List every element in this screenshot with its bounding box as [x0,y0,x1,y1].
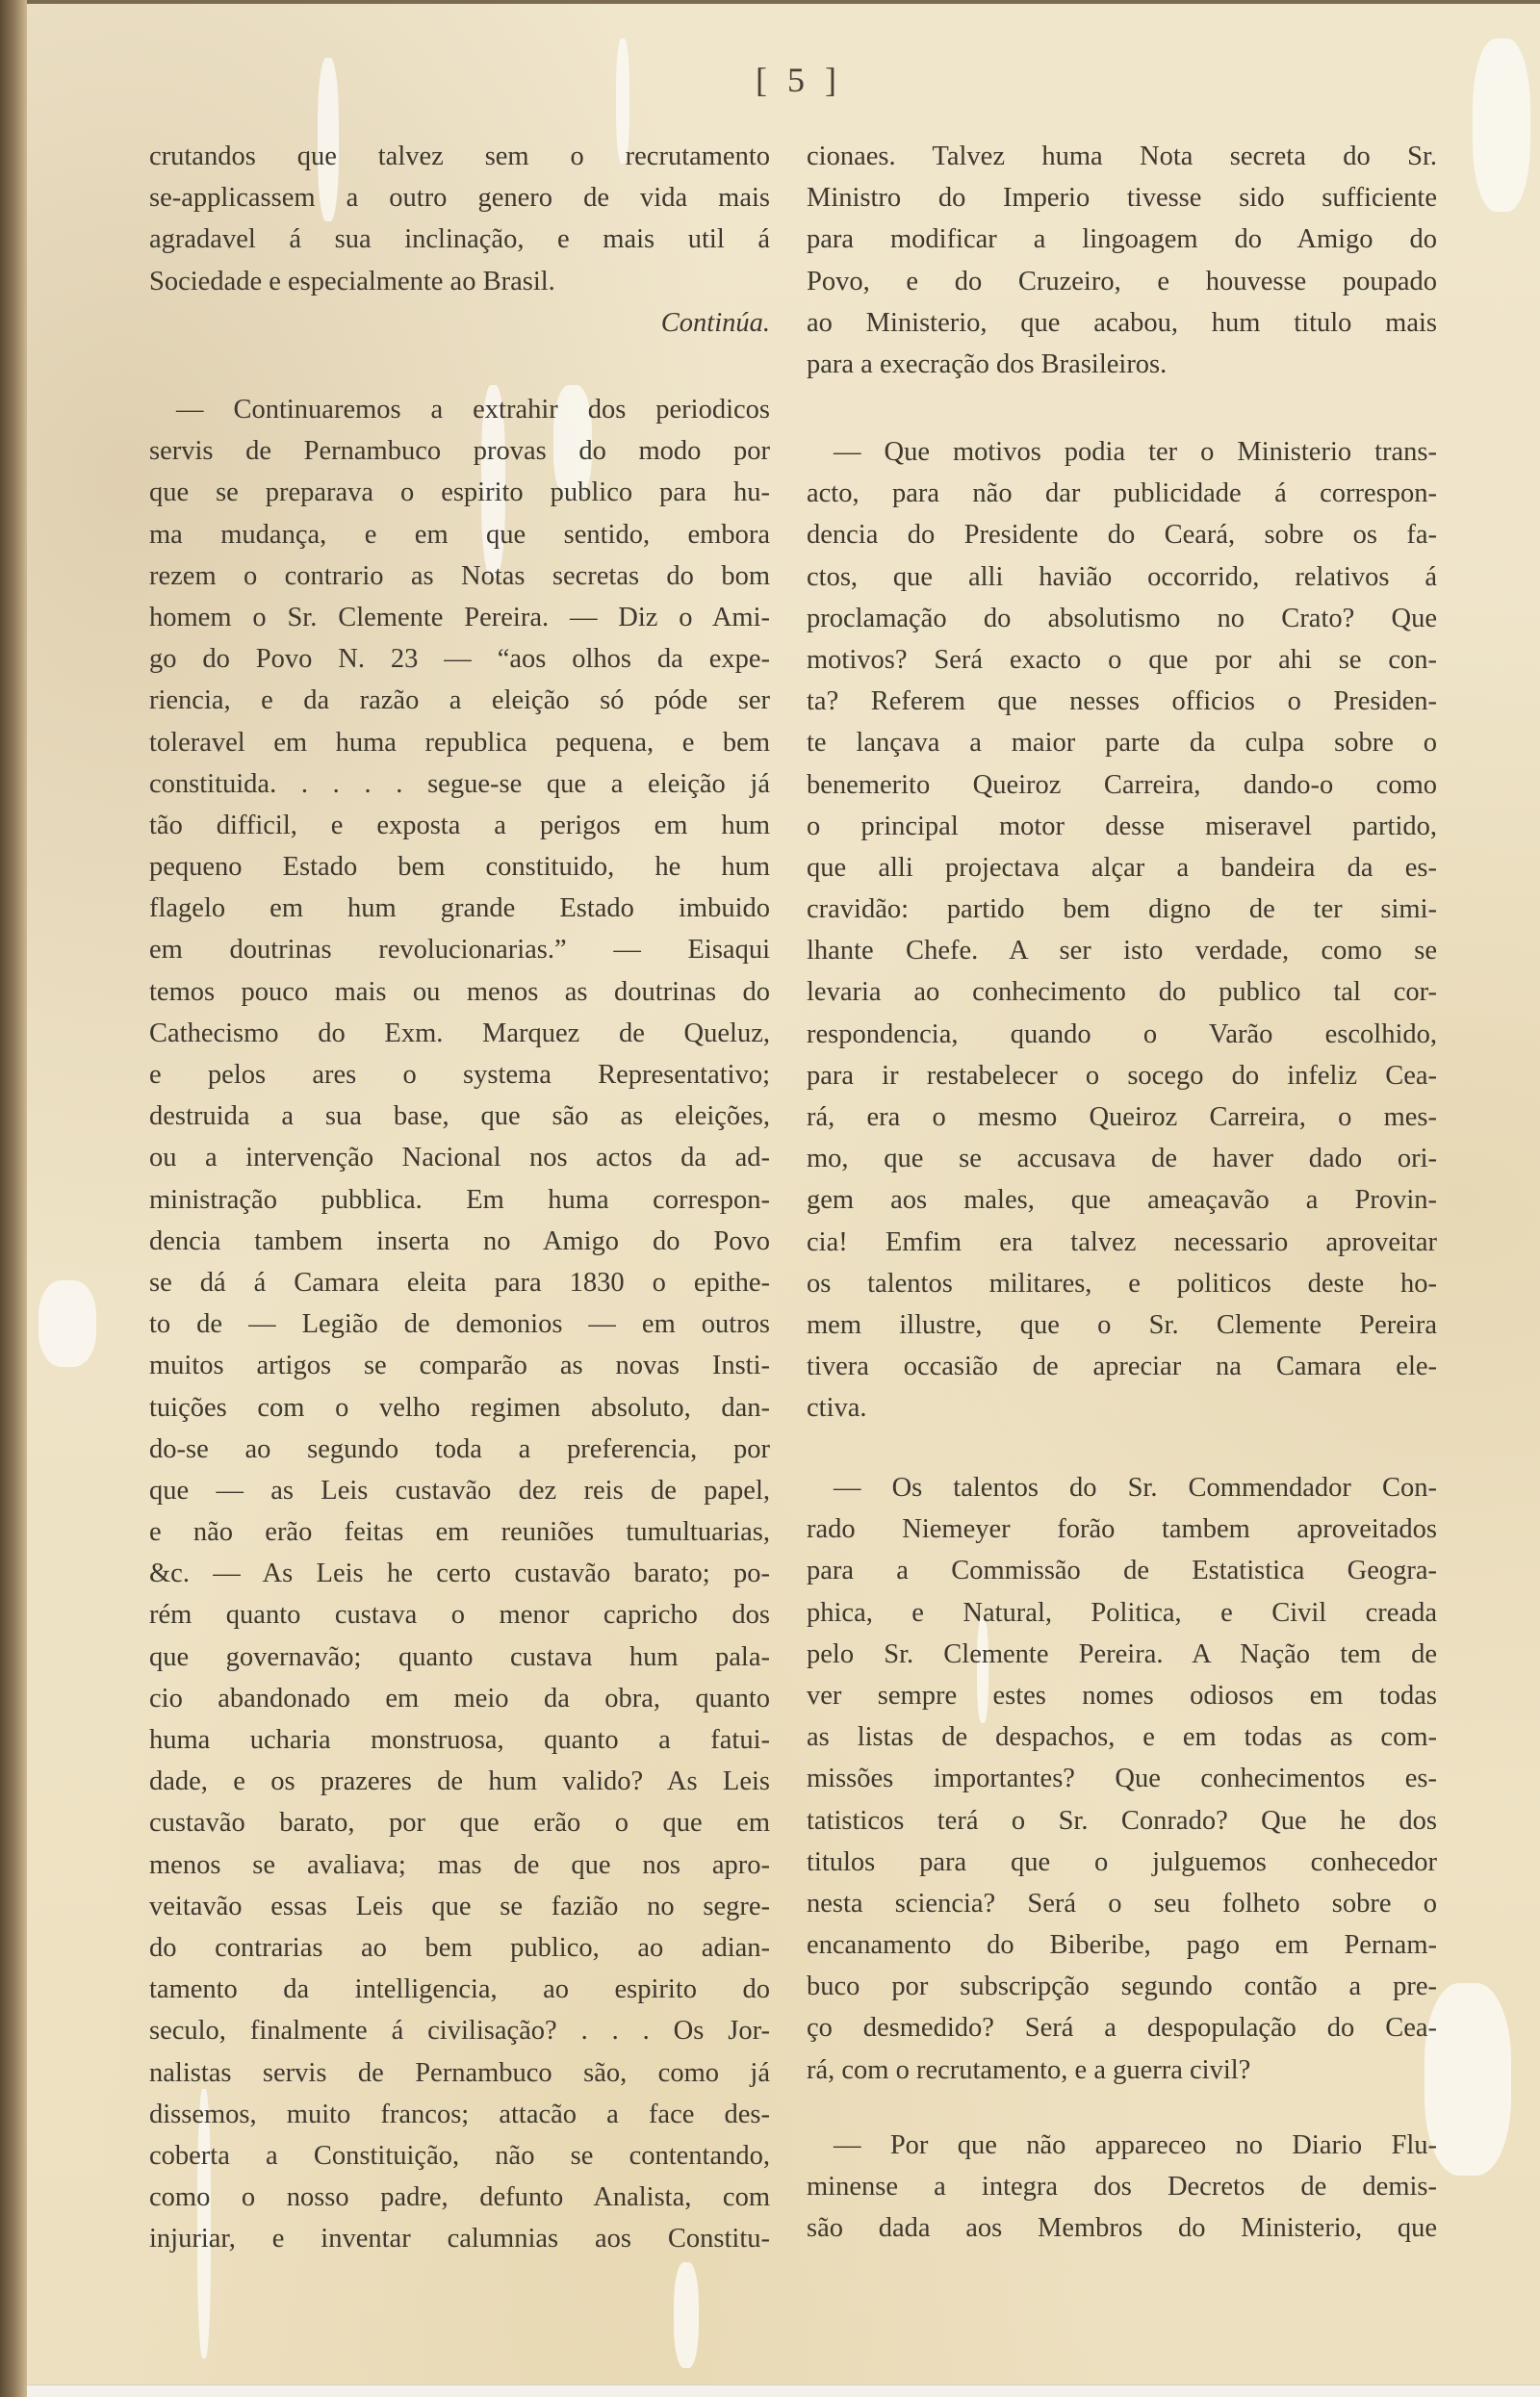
text-line: rá, era o mesmo Queiroz Carreira, o mes- [807,1096,1437,1138]
text-line: te lançava a maior parte da culpa sobre … [807,722,1437,763]
scan-bottom-edge [27,2384,1540,2397]
text-line: missões importantes? Que conhecimentos e… [807,1758,1437,1799]
text-line: acto, para não dar publicidade á corresp… [807,473,1437,514]
text-line: que — as Leis custavão dez reis de papel… [149,1470,770,1511]
text-line: — Que motivos podia ter o Ministerio tra… [807,431,1437,473]
text-line: ctiva. [807,1387,1437,1429]
paragraph-nota-secreta: cionaes. Talvez huma Nota secreta do Sr.… [807,136,1437,385]
text-line: são dada aos Membros do Ministerio, que [807,2207,1437,2249]
paper-damage [1473,39,1530,212]
page-number: [ 5 ] [751,60,847,100]
text-line: ço desmedido? Será a despopulação do Cea… [807,2007,1437,2049]
text-line: riencia, e da razão a eleição só póde se… [149,680,770,721]
text-line: lhante Chefe. A ser isto verdade, como s… [807,930,1437,971]
text-line: destruida a sua base, que são as eleiçõe… [149,1095,770,1137]
text-line: tuições com o velho regimen absoluto, da… [149,1387,770,1429]
text-line: mo, que se accusava de haver dado ori- [807,1138,1437,1179]
text-line: go do Povo N. 23 — “aos olhos da expe- [149,638,770,680]
paragraph-commendador: — Os talentos do Sr. Commendador Con- ra… [807,1467,1437,2091]
text-line: coberta a Constituição, não se contentan… [149,2135,770,2177]
text-line: os talentos militares, e politicos deste… [807,1263,1437,1304]
text-line: cia! Emfim era talvez necessario aprovei… [807,1222,1437,1263]
text-line: tatisticos terá o Sr. Conrado? Que he do… [807,1800,1437,1842]
text-line: para modificar a lingoagem do Amigo do [807,219,1437,260]
document-page: [ 5 ] crutandos que talvez sem o recruta… [0,0,1540,2397]
text-line: rado Niemeyer forão tambem aproveitados [807,1508,1437,1550]
text-line: nalistas servis de Pernambuco são, como … [149,2052,770,2094]
text-line: to de — Legião de demonios — em outros [149,1303,770,1345]
text-line: e pelos ares o systema Representativo; [149,1054,770,1095]
text-line: rezem o contrario as Notas secretas do b… [149,555,770,597]
text-line: cionaes. Talvez huma Nota secreta do Sr. [807,136,1437,177]
text-line: Ministro do Imperio tivesse sido suffici… [807,177,1437,219]
text-line: Sociedade e especialmente ao Brasil. [149,261,770,302]
paragraph-continuation: crutandos que talvez sem o recrutamento … [149,136,770,344]
text-line: que alli projectava alçar a bandeira da … [807,847,1437,889]
text-line: ou a intervenção Nacional nos actos da a… [149,1137,770,1178]
text-line: injuriar, e inventar calumnias aos Const… [149,2218,770,2259]
scan-top-edge [27,0,1540,4]
text-line: dencia do Presidente do Ceará, sobre os … [807,514,1437,555]
text-line: rém quanto custava o menor capricho dos [149,1594,770,1636]
text-line: benemerito Queiroz Carreira, dando-o com… [807,764,1437,806]
text-line: em doutrinas revolucionarias.” — Eisaqui [149,929,770,970]
text-line: para ir restabelecer o socego do infeliz… [807,1055,1437,1096]
text-line: para a execração dos Brasileiros. [807,344,1437,385]
text-line: tão difficil, e exposta a perigos em hum [149,805,770,846]
text-line: motivos? Será exacto o que por ahi se co… [807,639,1437,681]
text-line: minense a integra dos Decretos de demis- [807,2166,1437,2207]
text-line: — Por que não appareceo no Diario Flu- [807,2125,1437,2166]
text-line: Cathecismo do Exm. Marquez de Queluz, [149,1013,770,1054]
paragraph-diario: — Por que não appareceo no Diario Flu- m… [807,2125,1437,2250]
text-line: se dá á Camara eleita para 1830 o epithe… [149,1262,770,1303]
text-line: &c. — As Leis he certo custavão barato; … [149,1553,770,1594]
text-line: ao Ministerio, que acabou, hum titulo ma… [807,302,1437,344]
text-line: agradavel á sua inclinação, e mais util … [149,219,770,260]
text-line: huma ucharia monstruosa, quanto a fatui- [149,1719,770,1761]
text-line: cio abandonado em meio da obra, quanto [149,1678,770,1719]
text-line: muitos artigos se comparão as novas Inst… [149,1345,770,1386]
continua-label: Continúa. [149,302,770,344]
text-line: constituida. . . . . segue-se que a elei… [149,763,770,805]
text-line: e não erão feitas em reuniões tumultuari… [149,1511,770,1553]
text-line: seculo, finalmente á civilisação? . . . … [149,2010,770,2051]
text-line: pelo Sr. Clemente Pereira. A Nação tem d… [807,1634,1437,1675]
text-line: — Continuaremos a extrahir dos periodico… [149,389,770,430]
text-line: menos se avaliava; mas de que nos apro- [149,1844,770,1886]
text-line: flagelo em hum grande Estado imbuido [149,888,770,929]
text-line: dencia tambem inserta no Amigo do Povo [149,1221,770,1262]
text-line: o principal motor desse miseravel partid… [807,806,1437,847]
paper-damage [1424,1983,1511,2176]
text-line: como o nosso padre, defunto Analista, co… [149,2177,770,2218]
text-line: tivera occasião de apreciar na Camara el… [807,1346,1437,1387]
text-line: do contrarias ao bem publico, ao adian- [149,1927,770,1969]
text-line: rá, com o recrutamento, e a guerra civil… [807,2049,1437,2091]
text-line: respondencia, quando o Varão escolhido, [807,1014,1437,1055]
text-line: homem o Sr. Clemente Pereira. — Diz o Am… [149,597,770,638]
text-line: temos pouco mais ou menos as doutrinas d… [149,971,770,1013]
text-line: do-se ao segundo toda a preferencia, por [149,1429,770,1470]
text-line: dade, e os prazeres de hum valido? As Le… [149,1761,770,1802]
text-line: ta? Referem que nesses officios o Presid… [807,681,1437,722]
text-line: servis de Pernambuco provas do modo por [149,430,770,472]
text-line: que se preparava o espirito publico para… [149,472,770,513]
text-line: cravidão: partido bem digno de ter simi- [807,889,1437,930]
text-line: proclamação do absolutismo no Crato? Que [807,598,1437,639]
text-line: ver sempre estes nomes odiosos em todas [807,1675,1437,1716]
text-line: dissemos, muito francos; attacão a face … [149,2094,770,2135]
text-line: mem illustre, que o Sr. Clemente Pereira [807,1304,1437,1346]
text-line: veitavão essas Leis que se fazião no seg… [149,1886,770,1927]
text-line: encanamento do Biberibe, pago em Pernam- [807,1924,1437,1966]
text-line: para a Commissão de Estatistica Geogra- [807,1550,1437,1591]
paper-damage [38,1280,96,1367]
paper-damage [674,2262,699,2368]
text-line: levaria ao conhecimento do publico tal c… [807,971,1437,1013]
text-line: ma mudança, e em que sentido, embora [149,514,770,555]
text-line: as listas de despachos, e em todas as co… [807,1716,1437,1758]
text-line: — Os talentos do Sr. Commendador Con- [807,1467,1437,1508]
text-line: se-applicassem a outro genero de vida ma… [149,177,770,219]
text-line: pequeno Estado bem constituido, he hum [149,846,770,888]
text-line: gem aos males, que ameaçavão a Provin- [807,1179,1437,1221]
text-line: tamento da intelligencia, ao espirito do [149,1969,770,2010]
text-line: toleravel em huma republica pequena, e b… [149,722,770,763]
text-line: ctos, que alli havião occorrido, relativ… [807,556,1437,598]
text-line: titulos para que o julguemos conhecedor [807,1842,1437,1883]
text-line: crutandos que talvez sem o recrutamento [149,136,770,177]
text-line: custavão barato, por que erão o que em [149,1802,770,1843]
text-line: que governavão; quanto custava hum pala- [149,1637,770,1678]
text-line: nesta sciencia? Será o seu folheto sobre… [807,1883,1437,1924]
text-line: Povo, e do Cruzeiro, e houvesse poupado [807,261,1437,302]
text-line: phica, e Natural, Politica, e Civil crea… [807,1592,1437,1634]
scan-binding-edge [0,0,27,2397]
paragraph-motivos: — Que motivos podia ter o Ministerio tra… [807,431,1437,1430]
text-line: buco por subscripção segundo contão a pr… [807,1966,1437,2007]
paragraph-periodicos: — Continuaremos a extrahir dos periodico… [149,389,770,2259]
text-line: ministração pubblica. Em huma correspon- [149,1179,770,1221]
